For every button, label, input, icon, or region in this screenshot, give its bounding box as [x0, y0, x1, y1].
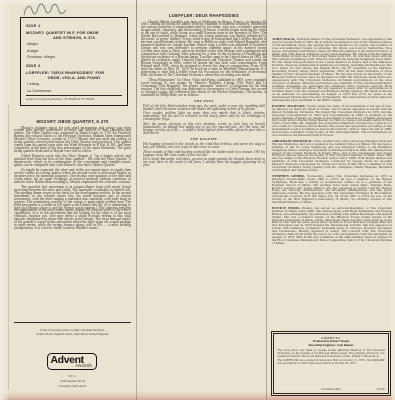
side2-label: SIDE 2	[26, 63, 122, 68]
poem-stanza: Full of old fish, blind-stricken long ag…	[141, 105, 267, 111]
engineer-credit: Recording Engineer: Jack Renner	[277, 344, 384, 347]
mozart-notes-column: MOZART: OBOE QUARTET, K.370 Mozart's cha…	[14, 119, 131, 320]
city-text: Cleveland, Ohio	[321, 387, 341, 391]
credits-body: The LOEFFLER was recorded in Severance H…	[277, 359, 384, 365]
tracklist-box: SIDE 1 MOZART: QUARTET IN F, FOR OBOE AN…	[20, 17, 128, 106]
loeffler-notes-column: LOEFFLER: DEUX RHAPSODIES Charles Martin…	[141, 13, 267, 305]
library-note-rule	[26, 95, 122, 96]
left-margin-edge	[8, 105, 9, 390]
loeffler-paragraph: Charles Martin Loeffler was born in Mulh…	[141, 21, 267, 78]
bio-stephen-geber: STEPHEN GEBER, Violoncello, joined The C…	[272, 175, 392, 204]
label-address-line1: 4150 Mayfield Road	[14, 380, 131, 383]
loeffler-paragraph: "Deux Rhapsodies" for Oboe, Viola and Pi…	[141, 79, 267, 97]
credits-city: Cleveland, Ohio ℗1976	[277, 387, 384, 391]
mozart-paragraph: Mozart's chamber music for solo wind ins…	[14, 127, 131, 154]
movement: Allegro	[27, 42, 122, 46]
movement: Rondeau: Allegro	[27, 55, 122, 59]
column-divider-left	[136, 0, 137, 400]
bio-text: Pianist, has served as Artist-in-Residen…	[272, 206, 392, 245]
poem-title-the-pool: THE POOL	[141, 99, 267, 103]
poem-stanza: Over yonder, goblins light up more than …	[141, 112, 267, 121]
side1-title-line2: AND STRINGS, K.370	[26, 35, 122, 40]
mozart-paragraph: As might be expected, the oboe and violi…	[14, 169, 131, 184]
front-cover-photo-credit: Front cover photo (left to right): Abrah…	[10, 328, 135, 336]
credits-body: The cover photo was taken by George Gosl…	[277, 349, 384, 358]
poem-stanza: He is dead. But under cold skies, as soo…	[141, 158, 267, 167]
advent-logo-subtext: records	[75, 364, 92, 369]
movement: Adagio	[27, 49, 122, 53]
bio-text: Principal Oboist of The Cleveland Orches…	[272, 38, 392, 102]
poem-title-the-bagpipe: THE BAGPIPE	[141, 137, 267, 141]
bio-daniel-majeske: DANIEL MAJESKE, Violin, began the study …	[272, 105, 392, 137]
side1-label: SIDE 1	[26, 23, 122, 28]
footer-rule	[14, 322, 131, 323]
poem-stanza: Those sounds of flute and hautboy seemed…	[141, 151, 267, 157]
bio-abraham-skernick: ABRAHAM SKERNICK, Viola, studied viola w…	[272, 140, 392, 172]
bio-eunice-podis: EUNICE PODIS, Pianist, has served as Art…	[272, 207, 392, 245]
bio-text: Violin, began the study of his instrumen…	[272, 104, 392, 137]
bio-text: Violoncello, joined The Cleveland Orches…	[272, 174, 392, 204]
credits-box: CREDITS Produced by Robert Woods Recordi…	[271, 331, 391, 396]
mozart-paragraph: The graceful first movement is in sonata…	[14, 186, 131, 231]
phonogram-copyright: ℗1976	[376, 387, 384, 391]
mozart-heading: MOZART: OBOE QUARTET, K.370	[14, 119, 131, 124]
mozart-paragraph: Alfred Einstein wrote that the Oboe Quar…	[14, 155, 131, 167]
movement: La Cornemuse	[27, 89, 122, 93]
loeffler-heading: LOEFFLER: DEUX RHAPSODIES	[141, 13, 267, 18]
label-address-line2: Cleveland, Ohio 44121	[14, 385, 131, 388]
credits-box-inner: CREDITS Produced by Robert Woods Recordi…	[273, 333, 388, 393]
bio-text: Viola, studied viola with John Krug, Ema…	[272, 139, 392, 172]
side2-title-line2: OBOE, VIOLA, AND PIANO	[26, 75, 122, 80]
advent-logo: Advent records	[47, 353, 97, 370]
catalog-number: 5011	[14, 374, 131, 378]
poem-stanza: His bagpipe groaned in the woods as the …	[141, 143, 267, 149]
credit-line: Eunice Podis, Stephen Geber, John Mack, …	[10, 332, 135, 336]
library-of-congress-note: Library of Congress Numbers: 75-750669 &…	[26, 98, 122, 101]
bio-john-mack: JOHN MACK, Principal Oboist of The Cleve…	[272, 38, 392, 102]
album-back-cover: SIDE 1 MOZART: QUARTET IN F, FOR OBOE AN…	[0, 0, 395, 400]
poem-stanza: Now the moon, piercing at this very mome…	[141, 123, 267, 135]
performer-bios-column: JOHN MACK, Principal Oboist of The Cleve…	[272, 38, 392, 329]
movement: L'etang	[27, 82, 122, 86]
